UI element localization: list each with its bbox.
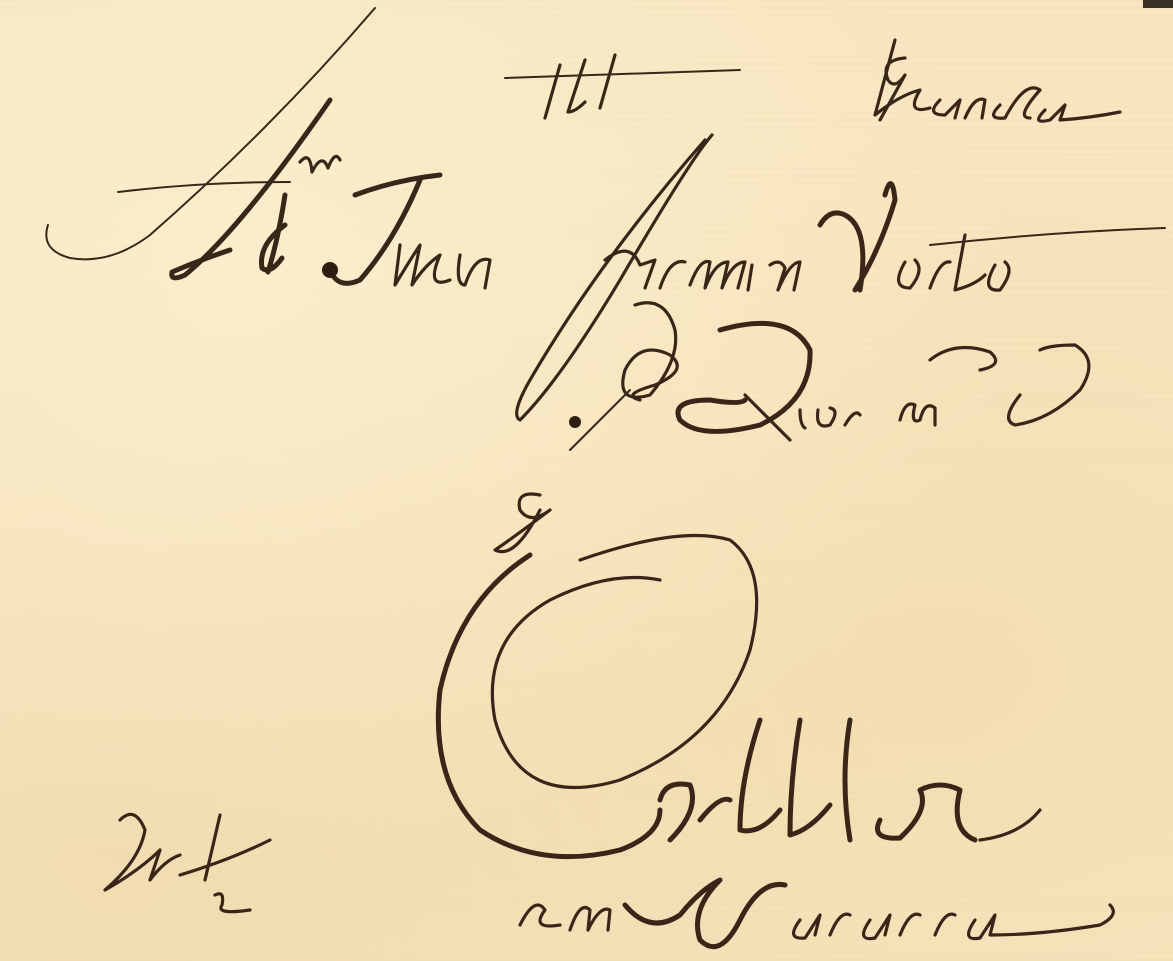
handwriting-strokes xyxy=(0,0,1173,961)
strike-line xyxy=(505,70,740,78)
letter-cover: tt Ylanda A dn Juan fermin Yorto q. D. D… xyxy=(0,0,1173,961)
